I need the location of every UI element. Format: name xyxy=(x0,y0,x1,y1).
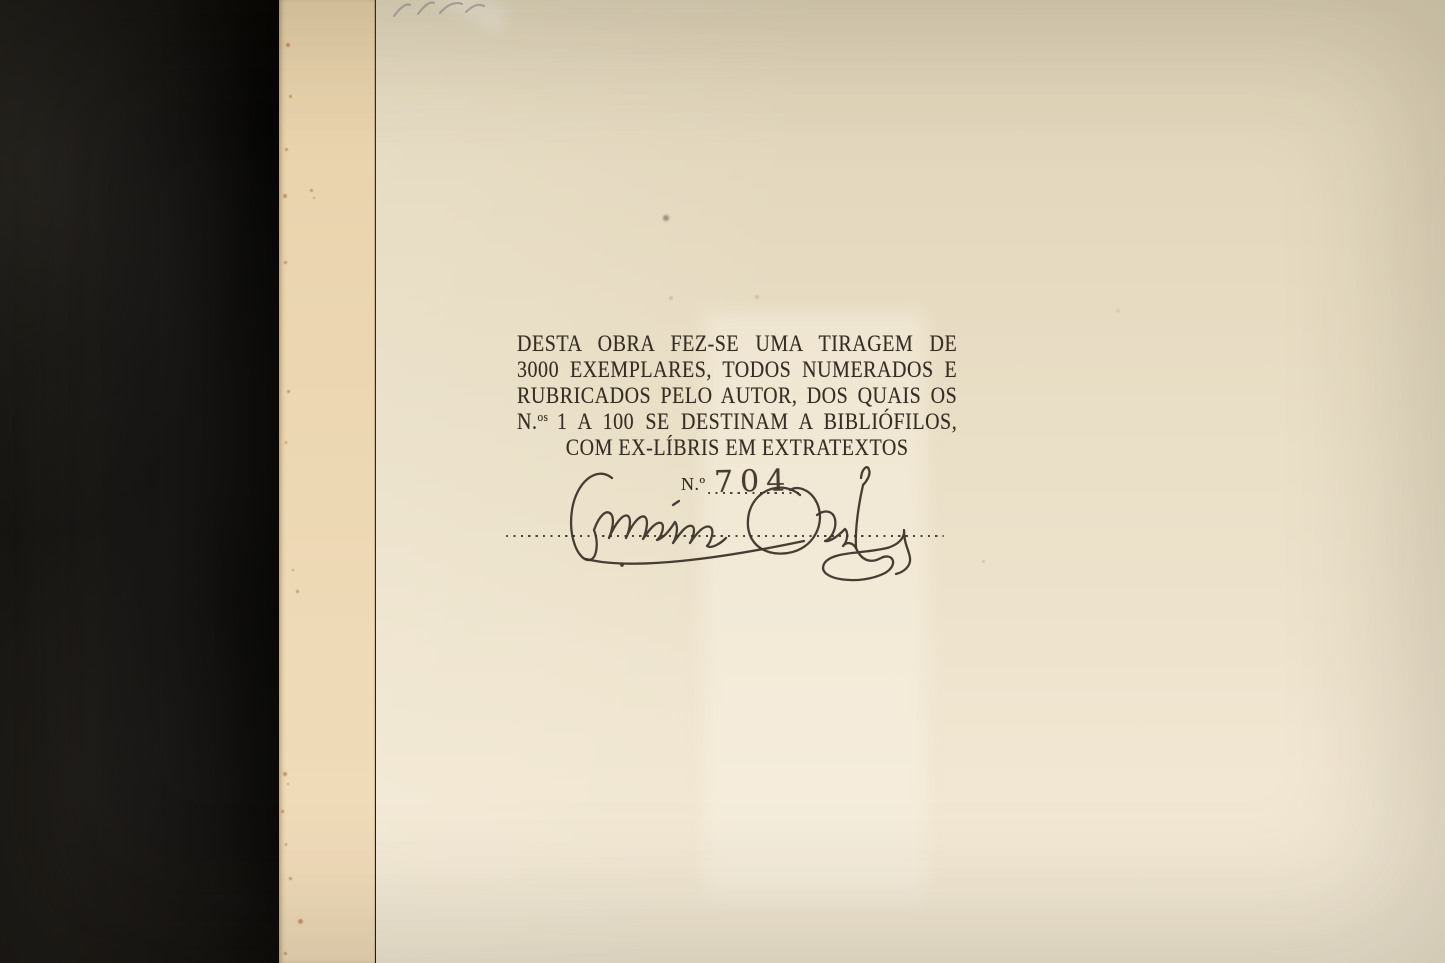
foxing-spot xyxy=(285,441,287,444)
author-signature xyxy=(498,453,968,598)
ink-spot xyxy=(982,560,985,563)
black-cloth-background xyxy=(0,0,279,963)
pencil-mark xyxy=(376,0,492,20)
foxing-spot xyxy=(283,194,287,198)
book-page: DESTA OBRA FEZ-SE UMA TIRAGEM DE 3000 EX… xyxy=(376,0,1445,963)
foxing-spot xyxy=(284,261,287,264)
signature-stroke xyxy=(748,488,820,554)
foxing-spot xyxy=(285,148,288,151)
limitation-statement: DESTA OBRA FEZ-SE UMA TIRAGEM DE 3000 EX… xyxy=(517,331,957,461)
foxing-spot xyxy=(313,197,315,199)
signature-stroke xyxy=(571,474,726,560)
ink-spot xyxy=(1116,309,1120,313)
signature-stroke xyxy=(673,501,679,505)
foxing-spot xyxy=(289,95,292,98)
foxing-spot xyxy=(285,843,287,846)
foxing-spot xyxy=(287,390,290,393)
colophon-line: RUBRICADOS PELO AUTOR, DOS QUAIS OS xyxy=(517,383,957,409)
foxing-spot xyxy=(286,43,290,47)
foxing-spot xyxy=(292,569,294,571)
foxing-spot xyxy=(281,810,284,813)
signature-ink-dot xyxy=(620,563,624,567)
page-fore-edge xyxy=(279,0,375,963)
ink-spot xyxy=(669,296,673,300)
foxing-spot xyxy=(283,772,287,776)
book-limitation-page-photo: DESTA OBRA FEZ-SE UMA TIRAGEM DE 3000 EX… xyxy=(0,0,1445,963)
foxing-spot xyxy=(284,952,287,955)
colophon-line: 3000 EXEMPLARES, TODOS NUMERADOS E xyxy=(517,357,957,383)
colophon-line: N.os1 A 100 SE DESTINAM A BIBLIÓFILOS, xyxy=(517,409,957,435)
signature-stroke xyxy=(856,467,870,548)
signature-stroke xyxy=(817,512,856,548)
foxing-spot xyxy=(289,877,292,880)
foxing-spot xyxy=(287,783,289,785)
colophon-line: DESTA OBRA FEZ-SE UMA TIRAGEM DE xyxy=(517,331,957,357)
foxing-spot xyxy=(298,919,303,924)
foxing-spot xyxy=(296,590,299,593)
ink-spot xyxy=(755,295,759,299)
ink-spot xyxy=(663,215,669,221)
foxing-spot xyxy=(310,189,313,192)
